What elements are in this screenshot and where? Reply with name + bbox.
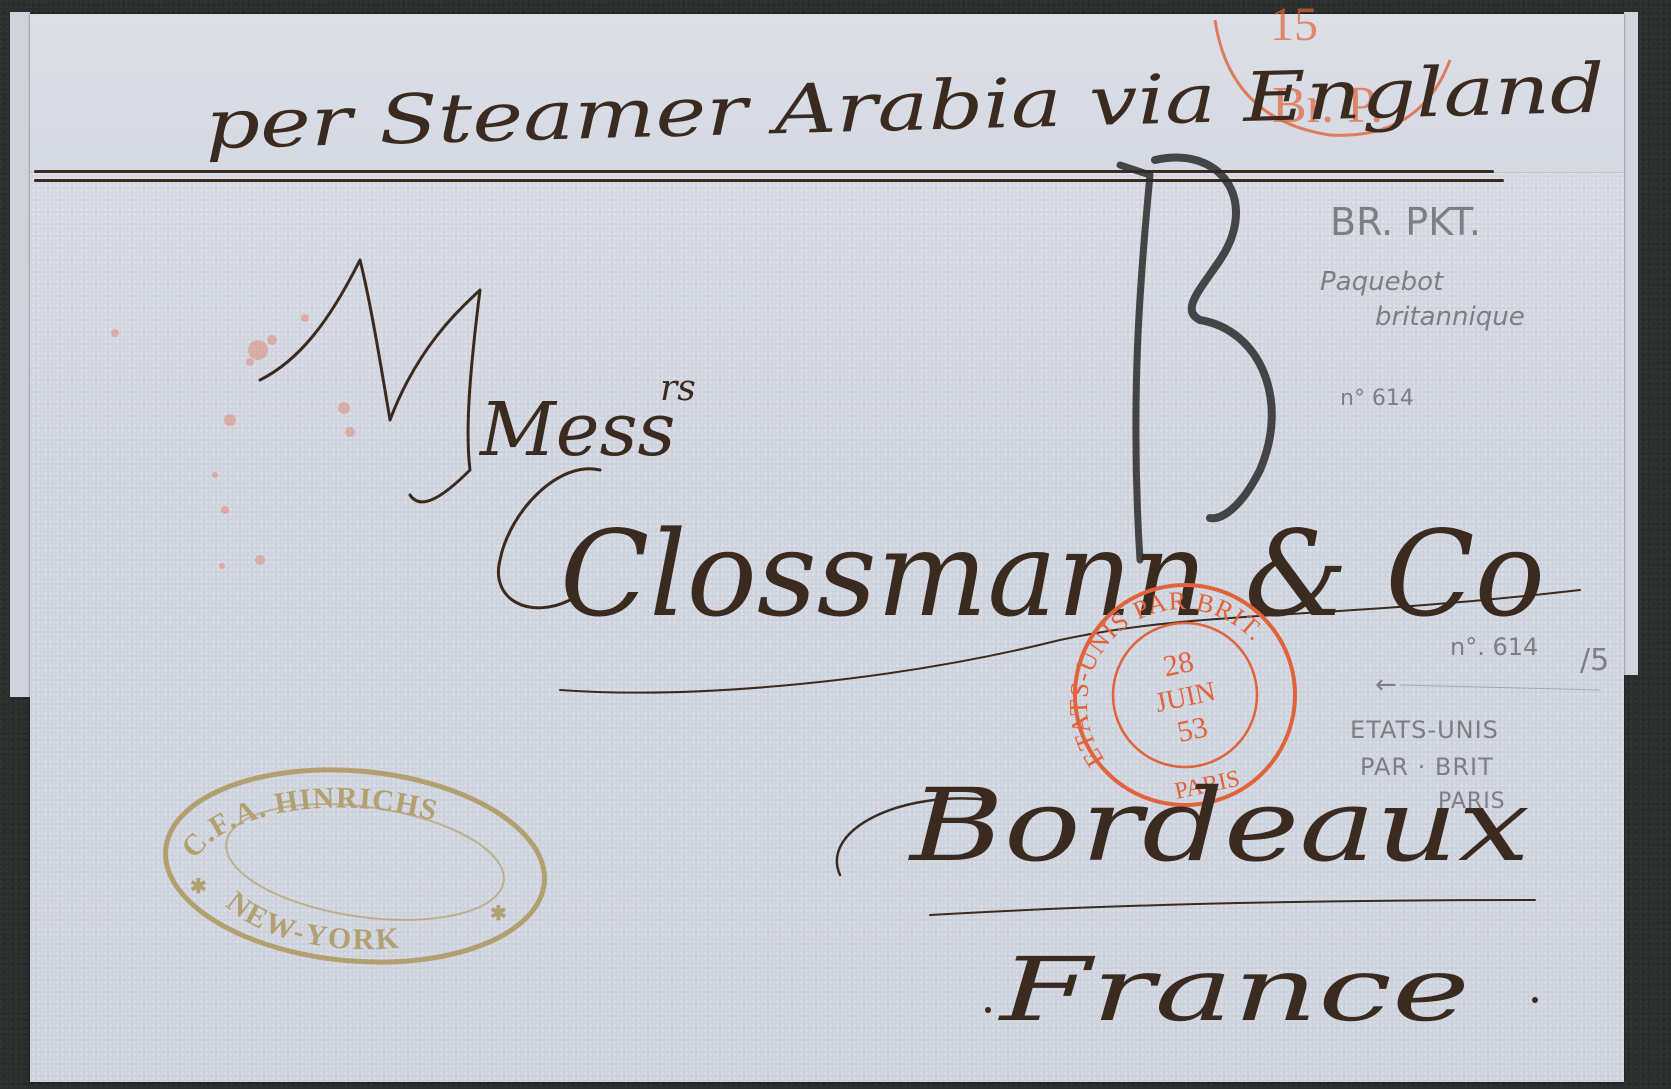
svg-text:Bordeaux: Bordeaux <box>907 767 1530 884</box>
svg-text:/5: /5 <box>1580 643 1609 678</box>
svg-text:n°. 614: n°. 614 <box>1450 633 1538 661</box>
svg-text:PARIS: PARIS <box>1438 789 1506 814</box>
rate-marking-13 <box>1120 158 1272 560</box>
br-pkt-handstamp: BR. PKT. <box>1330 200 1481 244</box>
salutation: Mess rs <box>260 260 696 502</box>
svg-text:15: 15 <box>1270 0 1318 51</box>
svg-text:Clossmann & Co: Clossmann & Co <box>560 505 1545 643</box>
svg-text:✱: ✱ <box>190 876 207 898</box>
svg-text:Mess: Mess <box>478 387 676 473</box>
addressee: Clossmann & Co <box>498 469 1580 693</box>
svg-text:28: 28 <box>1160 645 1196 684</box>
svg-text:n° 614: n° 614 <box>1340 386 1414 411</box>
country: France <box>985 938 1538 1041</box>
svg-text:←: ← <box>1375 670 1397 700</box>
svg-text:NEW-YORK: NEW-YORK <box>220 885 402 956</box>
forwarder-cachet: C.F.A. HINRICHS NEW-YORK ✱ ✱ <box>157 755 552 977</box>
svg-text:France: France <box>997 938 1470 1041</box>
svg-text:Paquebot: Paquebot <box>1320 267 1444 297</box>
route-endorsement: per Steamer Arabia via England <box>204 50 1606 166</box>
svg-text:✱: ✱ <box>490 903 507 925</box>
svg-text:rs: rs <box>660 368 696 409</box>
red-offset-smudges <box>111 314 355 569</box>
svg-text:britannique: britannique <box>1375 302 1525 332</box>
city: Bordeaux <box>837 767 1535 915</box>
svg-text:PAR · BRIT: PAR · BRIT <box>1360 753 1494 781</box>
svg-text:ETATS-UNIS: ETATS-UNIS <box>1350 716 1499 744</box>
svg-text:53: 53 <box>1174 710 1210 749</box>
cover-markings: 15 Br. P. per Steamer Arabia via England… <box>0 0 1671 1089</box>
svg-text:JUIN: JUIN <box>1153 676 1219 719</box>
